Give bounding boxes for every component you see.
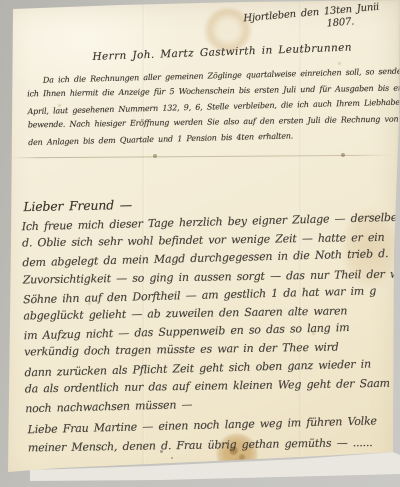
handwriting-layer: Hjortleben den 13ten Junii 1807. Herrn J… (0, 0, 400, 487)
letter-heading: Herrn Joh. Martz Gastwirth in Leutbrunne… (92, 42, 352, 64)
letter-scan: Hjortleben den 13ten Junii 1807. Herrn J… (0, 0, 400, 487)
greeting-line: Lieber Freund — (23, 197, 132, 214)
letter-paper: Hjortleben den 13ten Junii 1807. Herrn J… (0, 0, 400, 487)
body-paragraph: Ich freue mich dieser Tage herzlich bey … (22, 210, 398, 417)
closing-paragraph: Liebe Frau Martine — einen noch lange we… (27, 412, 398, 459)
dateline: Hjortleben den 13ten Junii 1807. (243, 2, 380, 36)
opening-paragraph: Da ich die Rechnungen aller gemeinen Zög… (27, 65, 386, 149)
